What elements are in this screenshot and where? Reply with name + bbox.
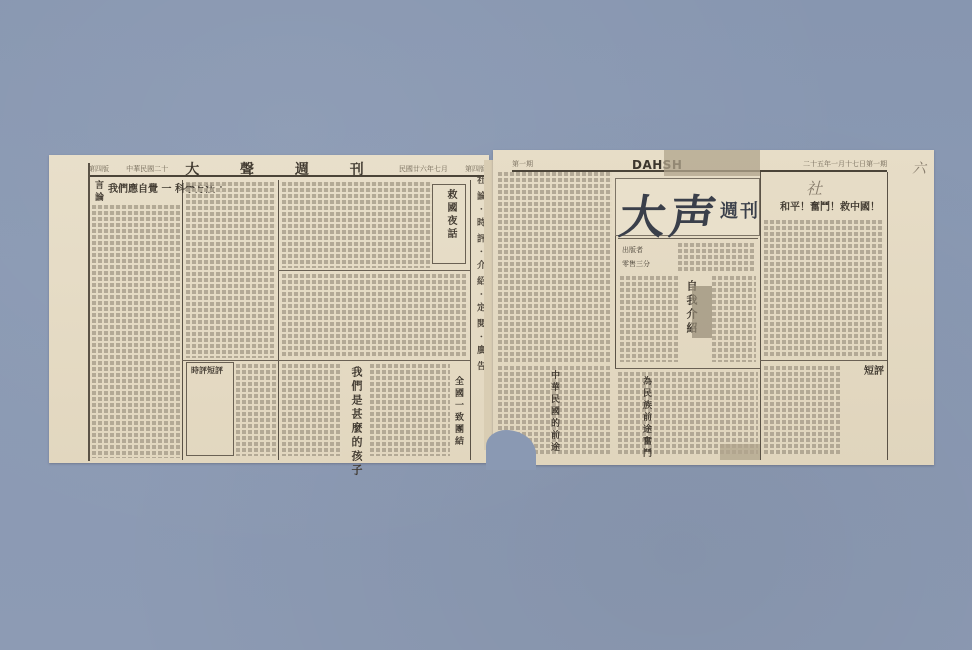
masthead-char-kan: 刊 <box>740 197 758 223</box>
big-masthead: 大 声 週 刊 <box>615 178 760 236</box>
left-header-page-number: 第四版 <box>88 164 109 174</box>
left-header-page-right: 第四版 <box>465 164 486 174</box>
bottom-headline: 為民族前途奮鬥 <box>640 376 653 460</box>
editorial-headline: 和平！奮鬥！救中國！ <box>780 198 880 213</box>
row-rule <box>615 368 760 369</box>
right-header-issue: 第一期 <box>512 159 533 169</box>
column-rule <box>278 180 279 460</box>
column-title: 救國夜話 <box>443 189 458 241</box>
left-header-date-right: 民國廿六年七月 <box>399 164 448 174</box>
left-page-header: 第四版 中華民國二十 大 聲 週 刊 民國廿六年七月 第四版 <box>88 163 486 177</box>
column-rule <box>887 172 888 460</box>
article-text <box>764 220 884 356</box>
article-text <box>498 172 612 362</box>
article-text <box>712 276 756 362</box>
article-text <box>764 366 840 456</box>
left-masthead: 大 聲 週 刊 <box>185 159 382 179</box>
left-side-title: 言論 <box>92 180 105 204</box>
tape-patch <box>692 286 712 338</box>
column-rule <box>182 180 183 460</box>
masthead-char-zhou: 週 <box>720 197 738 223</box>
row-rule <box>182 360 470 361</box>
right-header-date: 二十五年一月十七日第一期 <box>803 159 887 169</box>
pencil-mark: 六 <box>912 158 926 178</box>
short-review-title: 短評 <box>864 362 884 377</box>
article-text <box>620 276 680 362</box>
article-text <box>282 274 466 358</box>
article-text <box>618 372 758 454</box>
bottom-headline: 中華民國的前途 <box>548 370 561 454</box>
article-text <box>92 205 180 458</box>
article-text <box>186 182 276 358</box>
short-comment-box: 時評短評 <box>186 362 234 456</box>
column-title-box: 救國夜話 <box>432 184 466 264</box>
info-text <box>678 243 754 271</box>
info-price: 零售三分 <box>622 259 650 269</box>
tape-patch <box>664 150 760 176</box>
column-rule <box>760 172 761 460</box>
left-header-date: 中華民國二十 <box>126 164 168 174</box>
tape-patch <box>720 444 760 460</box>
column-rule <box>470 180 471 460</box>
center-headline: 我們是甚麼的孩子 <box>348 366 364 478</box>
row-rule <box>760 360 887 361</box>
left-margin-rule <box>88 163 90 461</box>
row-rule <box>278 270 470 271</box>
editorial-signature: 社 <box>806 176 822 199</box>
article-text <box>236 364 276 456</box>
box-title: 時評短評 <box>191 365 223 376</box>
article-text <box>370 364 450 456</box>
publication-info-box: 出版者 零售三分 <box>618 238 758 272</box>
article-text <box>282 364 342 456</box>
info-publisher: 出版者 <box>622 245 643 255</box>
article-text <box>282 182 432 268</box>
side-column-title: 全國一致團結 <box>452 376 465 448</box>
